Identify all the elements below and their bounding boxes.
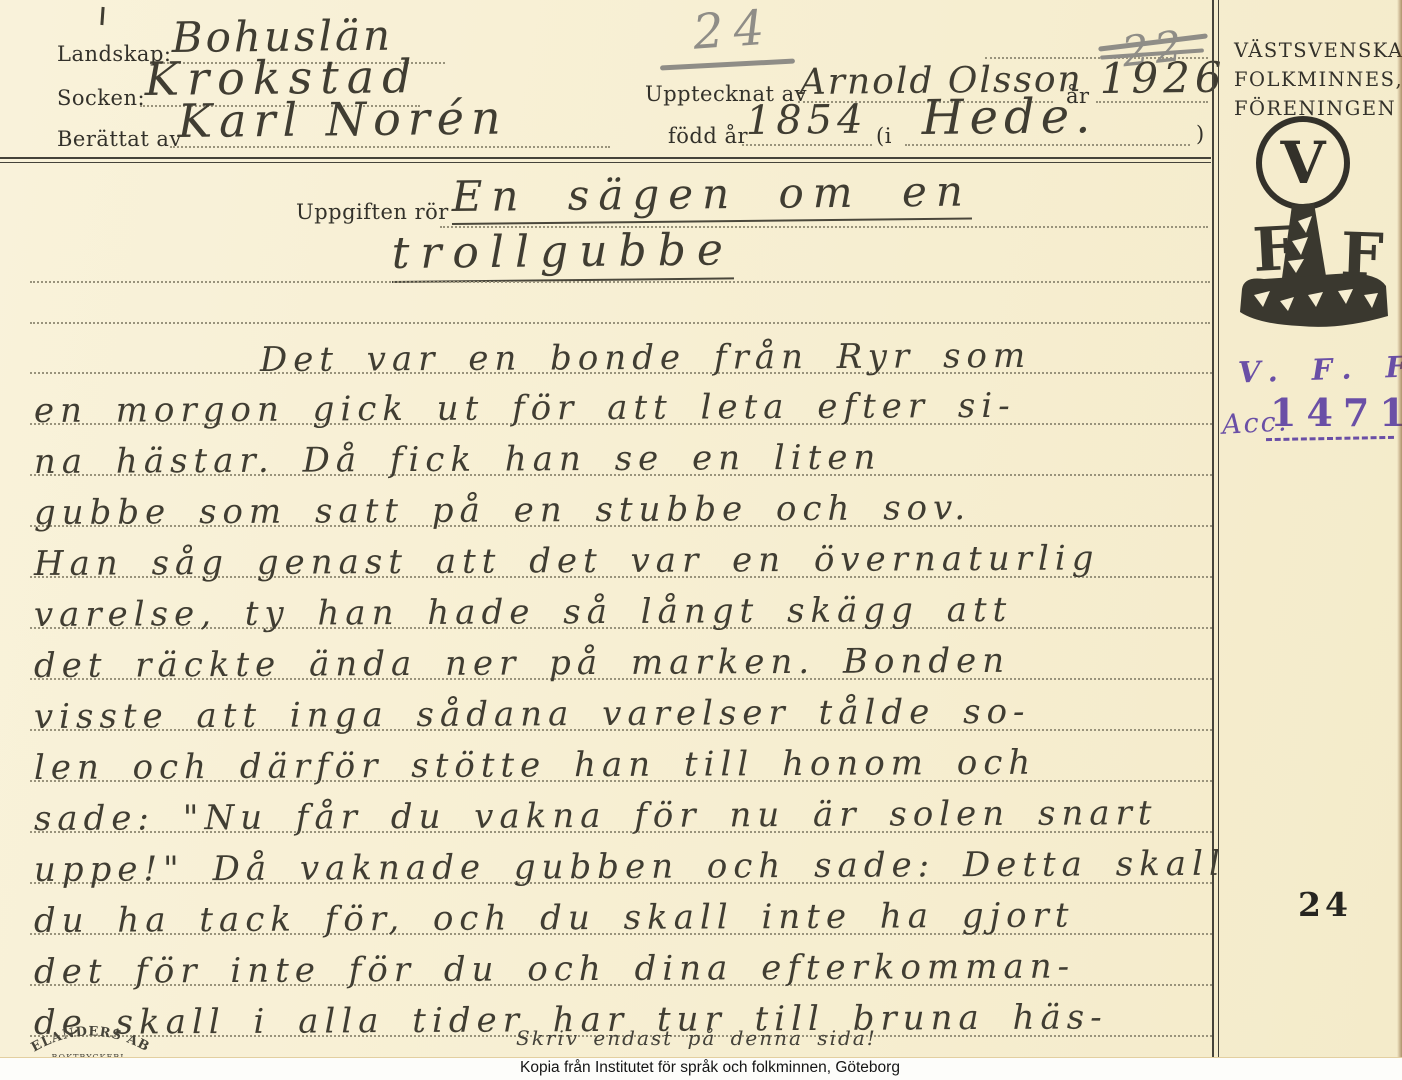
manuscript-line: sade: "Nu får du vakna för nu är solen s…	[30, 782, 1212, 833]
subject-line2: trollgubbe	[391, 224, 734, 283]
dotted-rule	[742, 144, 872, 146]
vff-hammer-logo: V F F	[1236, 113, 1394, 338]
field-label-berattat: Berättat av	[57, 127, 182, 151]
organization-name: VÄSTSVENSKA FOLKMINNES‚ FÖRENINGEN	[1234, 36, 1402, 123]
page-number-stamp: 24	[1298, 885, 1352, 924]
manuscript-line: du ha tack för, och du skall inte ha gjo…	[30, 884, 1212, 935]
scan-edge-shadow	[1397, 0, 1402, 1057]
subject-line1: En sägen om en	[451, 167, 972, 225]
manuscript-line: det för inte för du och dina efterkomman…	[30, 935, 1212, 986]
manuscript-line: Det var en bonde från Ryr som	[30, 323, 1212, 374]
header-divider	[0, 157, 1211, 163]
form-instruction: Skriv endast på denna sida!	[516, 1026, 877, 1050]
manuscript-line: len och därför stötte han till honom och	[30, 731, 1212, 782]
logo-letter-v: V	[1279, 129, 1326, 197]
manuscript-body: Det var en bonde från Ryr som en morgon …	[30, 323, 1212, 1037]
dotted-rule	[1096, 101, 1208, 103]
manuscript-line: en morgon gick ut för att leta efter si-	[30, 374, 1212, 425]
pencil-number: 24	[691, 0, 776, 61]
manuscript-line: visste att inga sådana varelser tålde so…	[30, 680, 1212, 731]
svg-text:ELANDERS AB: ELANDERS AB	[29, 1024, 152, 1055]
accession-stamp-vff: V. F. F.	[1237, 349, 1402, 390]
copy-notice-text: Kopia från Institutet för språk och folk…	[520, 1059, 900, 1077]
dotted-rule	[170, 146, 610, 148]
manuscript-line: varelse, ty han hade så långt skägg att	[30, 578, 1212, 629]
manuscript-line: uppe!" Då vaknade gubben och sade: Detta…	[30, 833, 1212, 884]
logo-letter-f-right: F	[1339, 220, 1384, 291]
paren-open: (i	[876, 124, 892, 148]
field-label-socken: Socken:	[57, 86, 145, 110]
field-value-fodd-place: Hede.	[921, 88, 1096, 146]
manuscript-line: det räckte ända ner på marken. Bonden	[30, 629, 1212, 680]
pencil-underline	[660, 58, 795, 70]
archival-record-card: Landskap: Bohuslän Socken: Krokstad Berä…	[0, 0, 1402, 1080]
field-value-fodd: 1854	[746, 97, 868, 144]
dotted-rule	[905, 144, 1190, 146]
paren-close: )	[1196, 122, 1205, 146]
manuscript-line: Han såg genast att det var en övernaturl…	[30, 527, 1212, 578]
organization-name-line1: VÄSTSVENSKA	[1234, 36, 1402, 65]
field-value-berattat: Karl Norén	[177, 91, 507, 148]
logo-letter-f-left: F	[1251, 214, 1297, 286]
field-label-fodd: född år	[668, 124, 748, 148]
field-value-ar: 1926	[1099, 53, 1226, 103]
organization-name-line2: FOLKMINNES‚	[1234, 65, 1402, 94]
stray-pen-mark	[100, 7, 104, 25]
dotted-rule	[30, 281, 1210, 283]
manuscript-line: gubbe som satt på en stubbe och sov.	[30, 476, 1212, 527]
printer-mark-arc-text: ELANDERS AB	[29, 1024, 152, 1055]
subject-label: Uppgiften rör	[296, 200, 449, 224]
margin-divider	[1212, 0, 1219, 1057]
accession-stamp-number: 1471	[1270, 390, 1402, 435]
manuscript-line: na hästar. Då fick han se en liten	[30, 425, 1212, 476]
